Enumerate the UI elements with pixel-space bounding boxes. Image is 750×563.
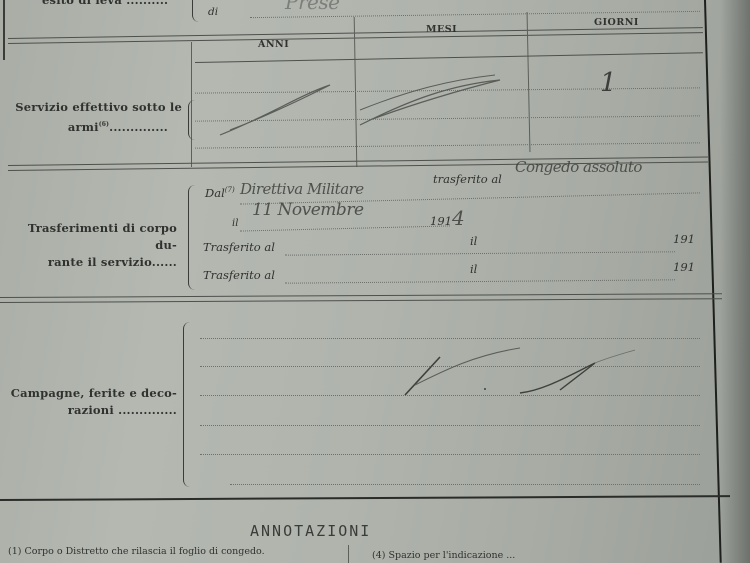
giorni-handwritten-value: 1 [600, 68, 616, 98]
handwritten-dash-strokes [210, 75, 510, 145]
blank-transfer-1-label: Trasferito al [203, 240, 275, 254]
footnote-4: (4) Spazio per l'indicazione ... [372, 550, 515, 561]
left-border-rule [3, 0, 5, 60]
blank-transfer-2-label: Trasferito al [203, 268, 275, 282]
transfer-date-handwritten: 11 Novembre [252, 200, 364, 220]
campaign-dotted-line-6 [230, 484, 700, 485]
esito-di-prefix: di [208, 6, 218, 18]
footnote-column-divider [348, 545, 349, 563]
esito-di-leva-label: esito di leva .......... [42, 0, 168, 9]
transfer-to-handwritten: Congedo assoluto [515, 158, 642, 176]
brace-transfers [188, 185, 195, 290]
blank-transfer-1-year: 191 [673, 232, 695, 246]
trasferimenti-label: Trasferimenti di corpo du- rante il serv… [5, 220, 177, 271]
campaign-dotted-line-4 [200, 425, 700, 426]
blank-transfer-2-il: il [470, 262, 477, 276]
column-header-anni: ANNI [258, 39, 289, 50]
il-prefix: il [232, 218, 238, 229]
brace-service [188, 100, 195, 140]
trasferito-al-text: trasferito al [433, 172, 502, 186]
section-separator [0, 293, 722, 303]
esito-handwritten-value: Prese [285, 0, 339, 14]
campagne-label: Campagne, ferite e deco- razioni .......… [5, 385, 177, 419]
footnote-1: (1) Corpo o Distretto che rilascia il fo… [8, 546, 265, 557]
column-header-mesi: MESI [426, 24, 457, 35]
brace-top [192, 0, 199, 22]
campaign-dotted-line-1 [200, 338, 700, 339]
header-underline [195, 52, 703, 63]
bottom-separator [0, 495, 730, 501]
campaign-handwritten-vn [395, 345, 635, 405]
document-photo: esito di leva .......... di Prese ANNI M… [0, 0, 750, 563]
annotazioni-heading: ANNOTAZIONI [250, 522, 371, 540]
blank-transfer-2-year: 191 [673, 260, 695, 274]
transfer-dotted-line-2 [240, 225, 450, 231]
column-header-giorni: GIORNI [594, 17, 639, 28]
dal-prefix: Dal(7) [205, 186, 235, 200]
transfer-from-handwritten: Direttiva Militare [240, 180, 364, 198]
brace-campaigns [183, 322, 190, 487]
blank-transfer-1-dotted [285, 251, 675, 255]
blank-transfer-2-dotted [285, 279, 675, 283]
blank-transfer-1-il: il [470, 234, 477, 248]
servizio-effettivo-label: Servizio effettivo sotto le armi(6).....… [10, 99, 182, 136]
page-edge-shadow [720, 0, 750, 563]
campaign-dotted-line-5 [200, 454, 700, 455]
section-separator [8, 27, 703, 44]
